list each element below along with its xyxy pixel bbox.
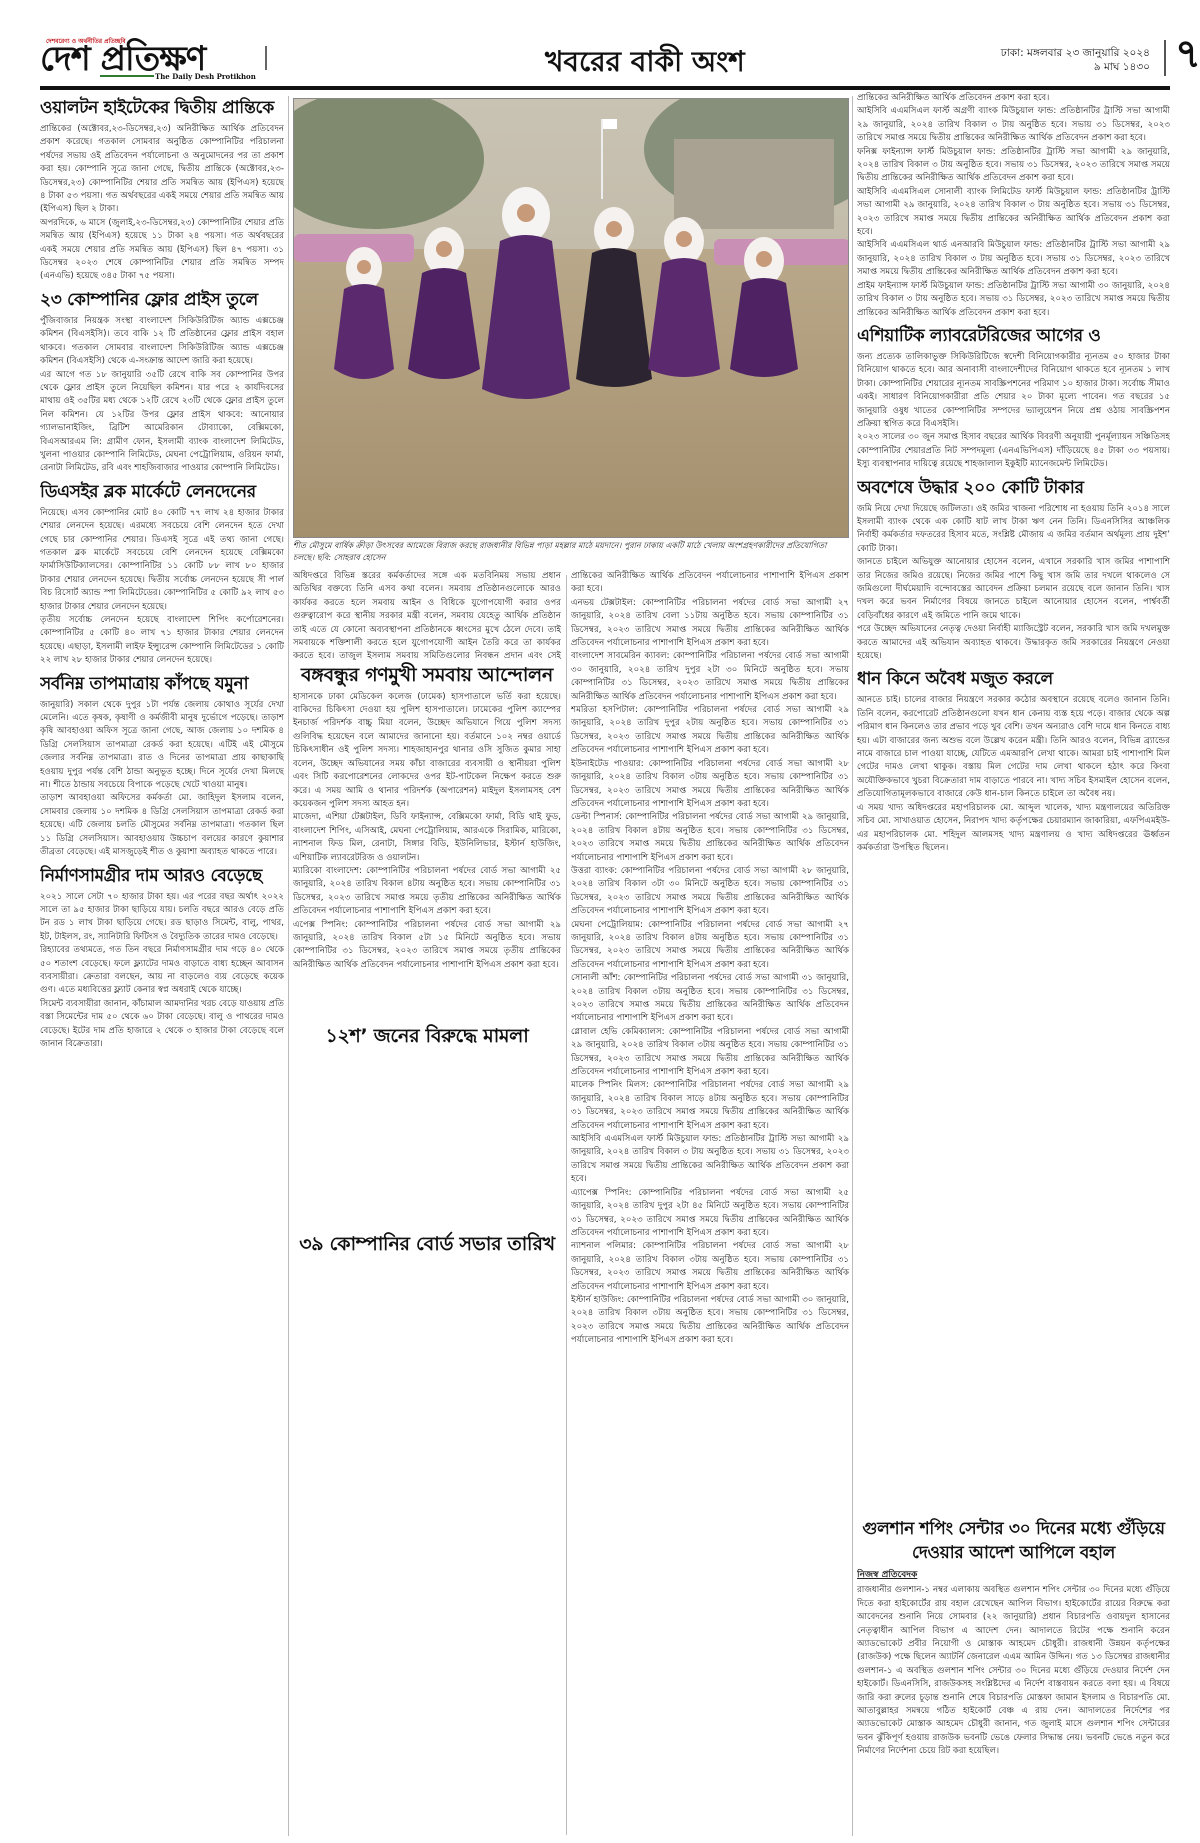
paragraph: ডেল্টা স্পিনার্স: কোম্পানিটির পরিচালনা প… — [571, 811, 849, 865]
column-divider — [566, 575, 567, 1835]
article-rice-hoarding: ধান কিনে অবৈধ মজুত করলে আনতে চাই। চালের … — [857, 666, 1170, 855]
byline: নিজস্ব প্রতিবেদক — [857, 1569, 1170, 1582]
headline[interactable]: ওয়ালটন হাইটেকের দ্বিতীয় প্রান্তিকে — [40, 95, 284, 121]
paragraph: প্রান্তিকের (অক্টোবর,২৩-ডিসেম্বর,২৩) অনি… — [40, 123, 284, 217]
board-list: প্রান্তিকের অনিরীক্ষিত আর্থিক প্রতিবেদন … — [571, 570, 849, 1348]
paragraph: ম্যারিকো বাংলাদেশ: কোম্পানিটির পরিচালনা … — [293, 865, 561, 919]
logo-underline — [100, 75, 154, 77]
headline[interactable]: ধান কিনে অবৈধ মজুত করলে — [857, 666, 1170, 692]
article-floor-price: ২৩ কোম্পানির ফ্লোর প্রাইস তুলে পুঁজিবাজা… — [40, 287, 284, 476]
column-2: অধিদপ্তরে বিভিন্ন স্তরের কর্মকর্তাদের সঙ… — [293, 570, 561, 1837]
page-number: ৭ — [1175, 32, 1200, 76]
paragraph: আইসিবি এএমসিএল ফার্স্ট অগ্রণী ব্যাংক মিউ… — [857, 105, 1170, 145]
paragraph: মেঘনা পেট্রোলিয়াম: কোম্পানিটির পরিচালনা… — [571, 919, 849, 973]
paragraph: জানুয়ারি) সকাল থেকে দুপুর ১টা পর্যন্ত জ… — [40, 699, 284, 793]
paragraph: তৃতীয় সর্বোচ্চ লেনদেন হয়েছে বাংলাদেশ শ… — [40, 614, 284, 668]
paragraph: রাজধানীর গুলশান-১ নম্বর এলাকায় অবস্থিত … — [857, 1584, 1170, 1758]
divider — [1164, 40, 1166, 76]
paragraph: হাসানকে ঢাকা মেডিকেল কলেজ (ঢামেক) হাসপাত… — [293, 691, 561, 812]
logo-english-name: The Daily Desh Protikhon — [155, 72, 256, 81]
headline[interactable]: অবশেষে উদ্ধার ২০০ কোটি টাকার — [857, 475, 1170, 501]
dateline: ঢাকা: মঙ্গলবার ২৩ জানুয়ারি ২০২৪ ৯ মাঘ ১… — [990, 46, 1150, 74]
paragraph: জানতে চাইলে অভিযুক্ত আনোয়ার হোসেন বলেন,… — [857, 556, 1170, 623]
photo-caption: শীত মৌসুমে বার্ষিক ক্রীড়া উৎসবের আমেজে … — [293, 540, 849, 564]
headline-line-2[interactable]: দেওয়ার আদেশ আপিলে বহাল — [857, 1541, 1170, 1565]
article-gulshan-shopping: গুলশান শপিং সেন্টার ৩০ দিনের মধ্যে গুঁড়… — [857, 1515, 1170, 1837]
case-headline-box: ১২শ’ জনের বিরুদ্ধে মামলা — [293, 1020, 561, 1052]
paragraph: জমি নিয়ে দেখা দিয়েছে জটিলতা। ওই জমির খ… — [857, 503, 1170, 557]
photo-students-running-icon — [294, 99, 849, 538]
paragraph: এনভয় টেক্সটাইল: কোম্পানিটির পরিচালনা পর… — [571, 597, 849, 651]
funds-list: প্রান্তিকের অনিরীক্ষিত আর্থিক প্রতিবেদন … — [857, 92, 1170, 320]
news-photo[interactable] — [293, 98, 849, 538]
paragraph: শমরিতা হসপিটাল: কোম্পানিটির পরিচালনা পর্… — [571, 704, 849, 758]
masthead: দেশবরেণ্য ও অর্থনীতির প্রতিচ্ছবি দেশ প্র… — [40, 34, 1170, 82]
paragraph: ২০২৩ সালের ৩০ জুন সমাপ্ত হিসাব বছরের আর্… — [857, 431, 1170, 471]
headline[interactable]: বঙ্গবন্ধুর গণমুখী সমবায় আন্দোলন — [293, 662, 561, 688]
paragraph: পরে উচ্ছেদ অভিযানের নেতৃত্ব দেওয়া নির্ব… — [857, 623, 1170, 663]
headline[interactable]: ডিএসইর ব্লক মার্কেটে লেনদেনের — [40, 479, 284, 505]
article-jamuna-cold: সর্বনিম্ন তাপমাত্রায় কাঁপছে যমুনা জানুয… — [40, 671, 284, 860]
date-bengali: ৯ মাঘ ১৪৩০ — [990, 60, 1150, 74]
paragraph: আইসিবি এএমসিএল থার্ড এনআরবি মিউচুয়াল ফা… — [857, 239, 1170, 279]
paragraph: জন্য প্রত্যেক তালিকাভুক্ত সিকিউরিটিজে স্… — [857, 351, 1170, 431]
paragraph: সিমেন্ট ব্যবসায়ীরা জানান, কাঁচামাল আমদা… — [40, 998, 284, 1052]
paragraph: প্রাইম ফাইন্যান্স ফার্স্ট মিউচুয়াল ফান্… — [857, 280, 1170, 320]
article-dse-block: ডিএসইর ব্লক মার্কেটে লেনদেনের নিয়েছে। এ… — [40, 479, 284, 668]
article-recovery-200cr: অবশেষে উদ্ধার ২০০ কোটি টাকার জমি নিয়ে দ… — [857, 475, 1170, 664]
paragraph: ইস্টার্ন হাউজিং: কোম্পানিটির পরিচালনা পর… — [571, 1294, 849, 1348]
paragraph: প্রান্তিকের অনিরীক্ষিত আর্থিক প্রতিবেদন … — [857, 92, 1170, 105]
divider — [265, 46, 267, 70]
paragraph: এর আগে গত ১৮ জানুয়ারি ৩৫টি রেখে বাকি সব… — [40, 369, 284, 476]
column-divider — [288, 96, 289, 1836]
board-headline-box: ৩৯ কোম্পানির বোর্ড সভার তারিখ — [293, 1228, 561, 1260]
paragraph: বাংলাদেশ সাবমেরিন ক্যাবল: কোম্পানিটির পর… — [571, 650, 849, 704]
paragraph: উত্তরা ব্যাংক: কোম্পানিটির পরিচালনা পর্ষ… — [571, 865, 849, 919]
paragraph: এ সময় খাদ্য অধিদপ্তরের মহাপরিচালক মো. আ… — [857, 802, 1170, 856]
paragraph: মাজেদা, এশিয়া টেক্সটাইল, ডিবি ফাইন্যান্… — [293, 811, 561, 865]
newspaper-logo[interactable]: দেশবরেণ্য ও অর্থনীতির প্রতিচ্ছবি দেশ প্র… — [40, 34, 270, 82]
cooperative-headline-box: বঙ্গবন্ধুর গণমুখী সমবায় আন্দোলন — [293, 660, 561, 690]
headline-line-1[interactable]: গুলশান শপিং সেন্টার ৩০ দিনের মধ্যে গুঁড়… — [857, 1517, 1170, 1541]
paragraph: আইসিবি এএমসিএল সোনালী ব্যাংক লিমিটেড ফার… — [857, 186, 1170, 240]
paragraph: এ্যাপেক্স স্পিনিং: কোম্পানিটির পরিচালনা … — [571, 1187, 849, 1241]
headline[interactable]: সর্বনিম্ন তাপমাত্রায় কাঁপছে যমুনা — [40, 671, 284, 697]
headline[interactable]: ২৩ কোম্পানির ফ্লোর প্রাইস তুলে — [40, 287, 284, 313]
article-case-1200: হাসানকে ঢাকা মেডিকেল কলেজ (ঢামেক) হাসপাত… — [293, 691, 561, 812]
paragraph: ইউনাইটেড পাওয়ার: কোম্পানিটির পরিচালনা প… — [571, 758, 849, 812]
article-asiatic-lab: এশিয়াটিক ল্যাবরেটরিজের আগের ও জন্য প্রত… — [857, 323, 1170, 472]
paragraph: প্রান্তিকের অনিরীক্ষিত আর্থিক প্রতিবেদন … — [571, 570, 849, 597]
logo-name: দেশ প্রতিক্ষণ — [40, 42, 205, 76]
article-construction: নির্মাণসামগ্রীর দাম আরও বেড়েছে ২০২১ সাল… — [40, 863, 284, 1052]
column-1: ওয়ালটন হাইটেকের দ্বিতীয় প্রান্তিকে প্র… — [40, 92, 284, 1837]
date-gregorian: ঢাকা: মঙ্গলবার ২৩ জানুয়ারি ২০২৪ — [1001, 47, 1150, 59]
column-divider — [852, 96, 853, 1836]
header-rule — [40, 86, 1170, 90]
paragraph: তাড়াশ আবহাওয়া অফিসের কর্মকর্তা মো. জাহ… — [40, 792, 284, 859]
paragraph: রিহ্যাবের তথ্যমতে, গত তিন বছরে নির্মাণসা… — [40, 944, 284, 998]
headline[interactable]: এশিয়াটিক ল্যাবরেটরিজের আগের ও — [857, 323, 1170, 349]
headline[interactable]: ৩৯ কোম্পানির বোর্ড সভার তারিখ — [293, 1231, 561, 1257]
paragraph: অপরদিকে, ৬ মাসে (জুলাই,২৩-ডিসেম্বর,২৩) ক… — [40, 217, 284, 284]
paragraph: এপেক্স স্পিনিং: কোম্পানিটির পরিচালনা পর্… — [293, 919, 561, 973]
headline[interactable]: ১২শ’ জনের বিরুদ্ধে মামলা — [293, 1023, 561, 1049]
paragraph: ন্যাশনাল পলিমার: কোম্পানিটির পরিচালনা পর… — [571, 1240, 849, 1294]
column-3: প্রান্তিকের অনিরীক্ষিত আর্থিক প্রতিবেদন … — [571, 570, 849, 1837]
article-board-meetings: মাজেদা, এশিয়া টেক্সটাইল, ডিবি ফাইন্যান্… — [293, 811, 561, 972]
paragraph: নিয়েছে। এসব কোম্পানির মোট ৪০ কোটি ৭৭ লা… — [40, 507, 284, 614]
headline[interactable]: নির্মাণসামগ্রীর দাম আরও বেড়েছে — [40, 863, 284, 889]
paragraph: মালেক স্পিনিং মিলস: কোম্পানিটির পরিচালনা… — [571, 1079, 849, 1133]
paragraph: সোনালী আঁশ: কোম্পানিটির পরিচালনা পর্ষদের… — [571, 972, 849, 1026]
paragraph: ২০২১ সালে সেটা ৭০ হাজার টাকা হয়। এর পরে… — [40, 891, 284, 945]
paragraph: ফনিক্স ফাইন্যান্স ফার্স্ট মিউচুয়াল ফান্… — [857, 146, 1170, 186]
paragraph: পুঁজিবাজার নিয়ন্ত্রক সংস্থা বাংলাদেশ সি… — [40, 315, 284, 369]
article-walton: ওয়ালটন হাইটেকের দ্বিতীয় প্রান্তিকে প্র… — [40, 95, 284, 284]
section-title: খবরের বাকী অংশ — [545, 40, 745, 87]
paragraph: আইসিবি এএমসিএল ফার্স্ট মিউচুয়াল ফান্ড: … — [571, 1133, 849, 1187]
paragraph: গ্লোবাল হেভি কেমিক্যালস: কোম্পানিটির পরি… — [571, 1026, 849, 1080]
paragraph: আনতে চাই। চালের বাজার নিয়ন্ত্রণে সরকার … — [857, 694, 1170, 801]
